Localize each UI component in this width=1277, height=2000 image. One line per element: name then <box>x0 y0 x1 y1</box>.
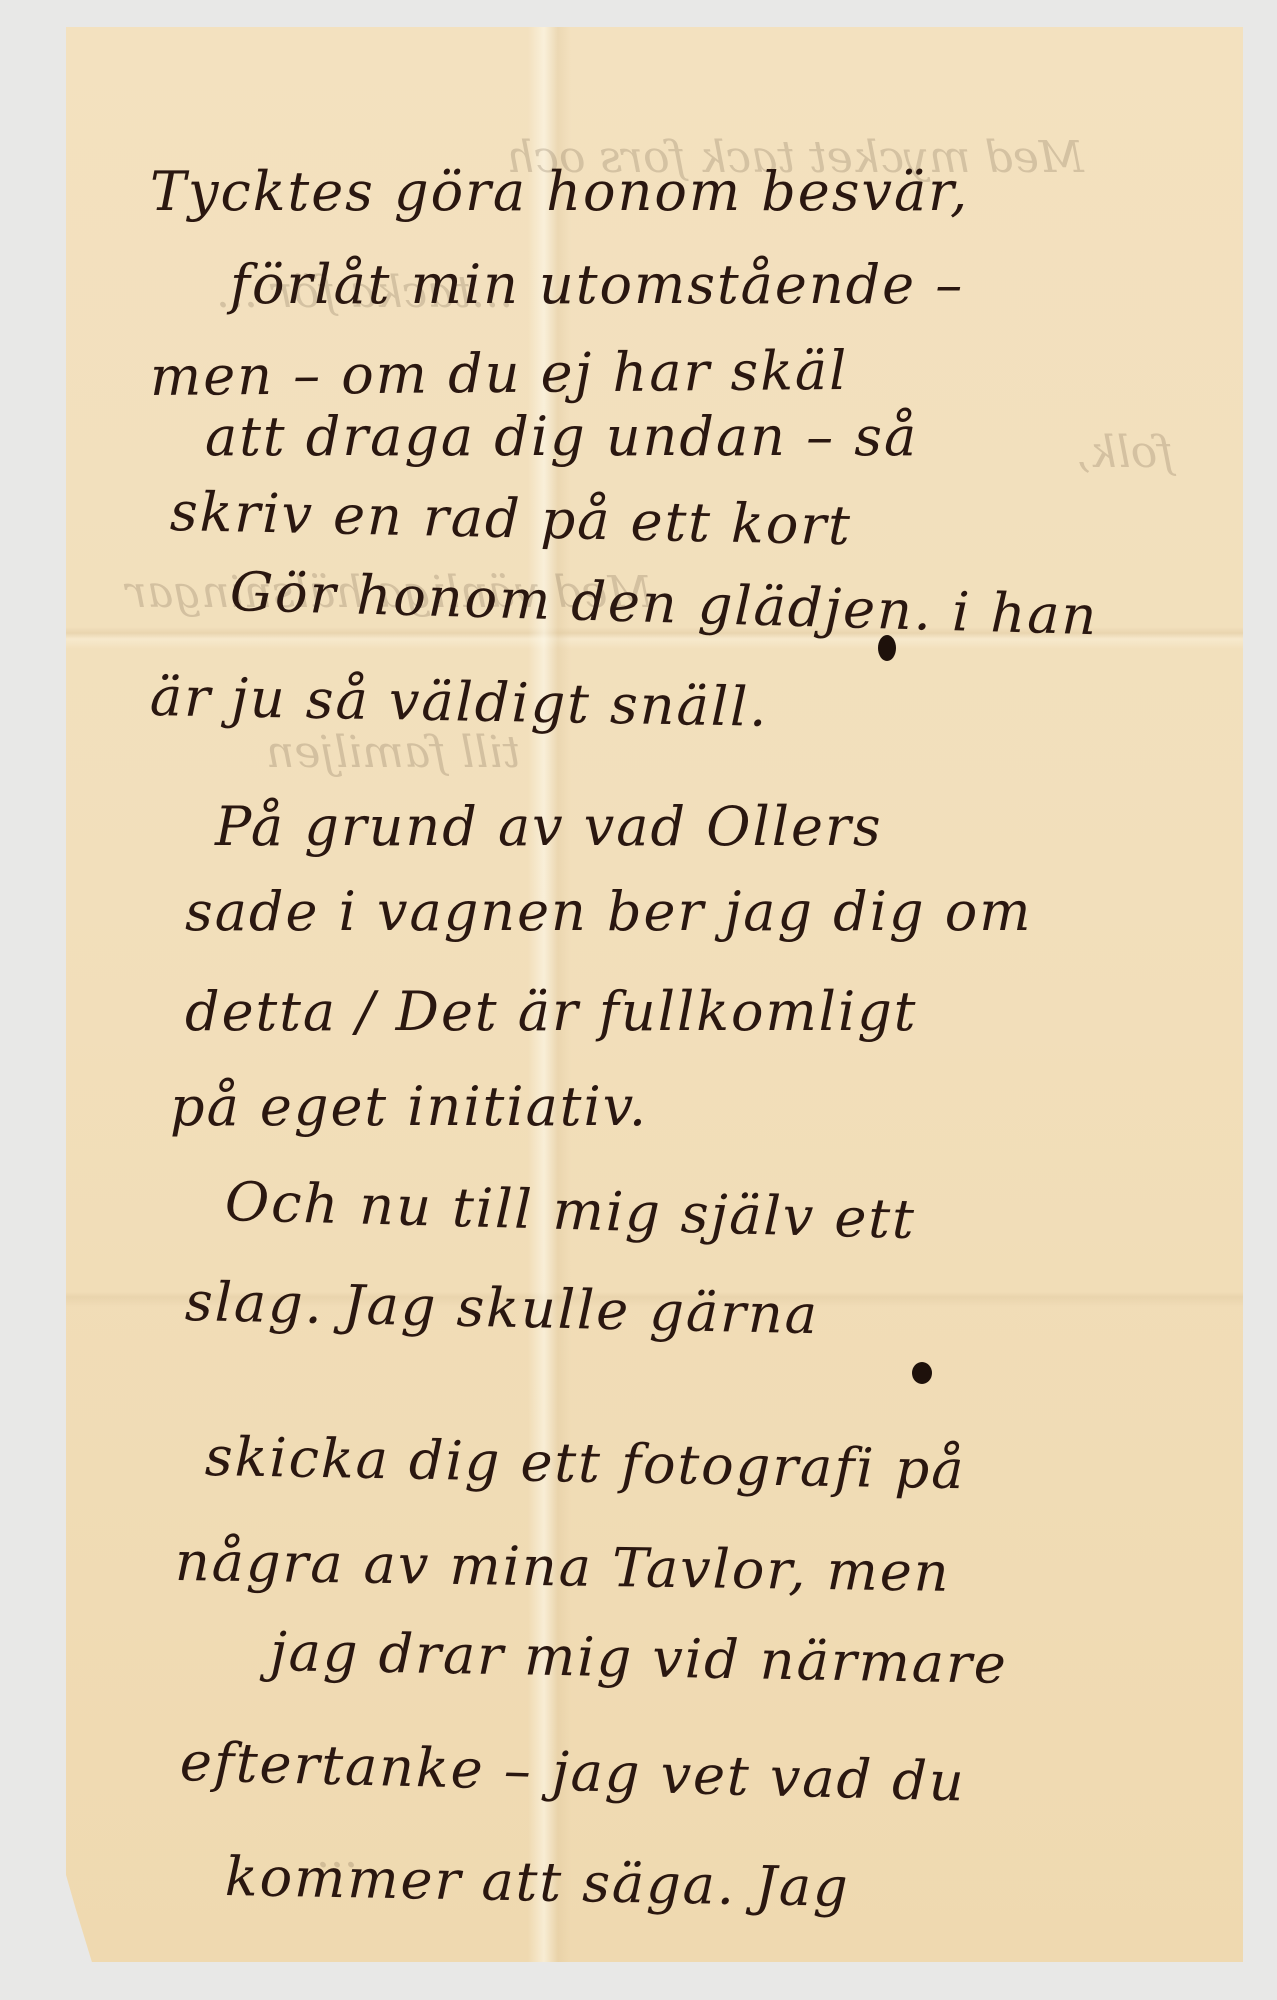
letter-line-10: detta / Det är fullkomligt <box>185 980 917 1043</box>
letter-line-13: slag. Jag skulle gärna <box>184 1270 819 1346</box>
bleed-through-text: till familjen <box>266 727 520 778</box>
letter-line-2: förlåt min utomstående – <box>230 253 964 316</box>
letter-line-15: några av mina Tavlor, men <box>175 1530 951 1604</box>
letter-line-18: kommer att säga. Jag <box>224 1845 850 1919</box>
ink-blot <box>912 1362 932 1384</box>
letter-line-11: på eget initiativ. <box>170 1075 648 1138</box>
letter-line-3: men – om du ej har skäl <box>150 339 849 408</box>
letter-line-16: jag drar mig vid närmare <box>269 1620 1008 1696</box>
letter-line-1: Tycktes göra honom besvär, <box>150 160 969 223</box>
letter-line-4: att draga dig undan – så <box>205 405 918 468</box>
bleed-through-text: folk, <box>1076 427 1174 478</box>
letter-line-8: På grund av vad Ollers <box>215 795 883 858</box>
letter-line-14: skicka dig ett fotografi på <box>204 1425 966 1501</box>
letter-line-7: är ju så väldigt snäll. <box>149 665 769 739</box>
letter-line-9: sade i vagnen ber jag dig om <box>185 880 1032 943</box>
